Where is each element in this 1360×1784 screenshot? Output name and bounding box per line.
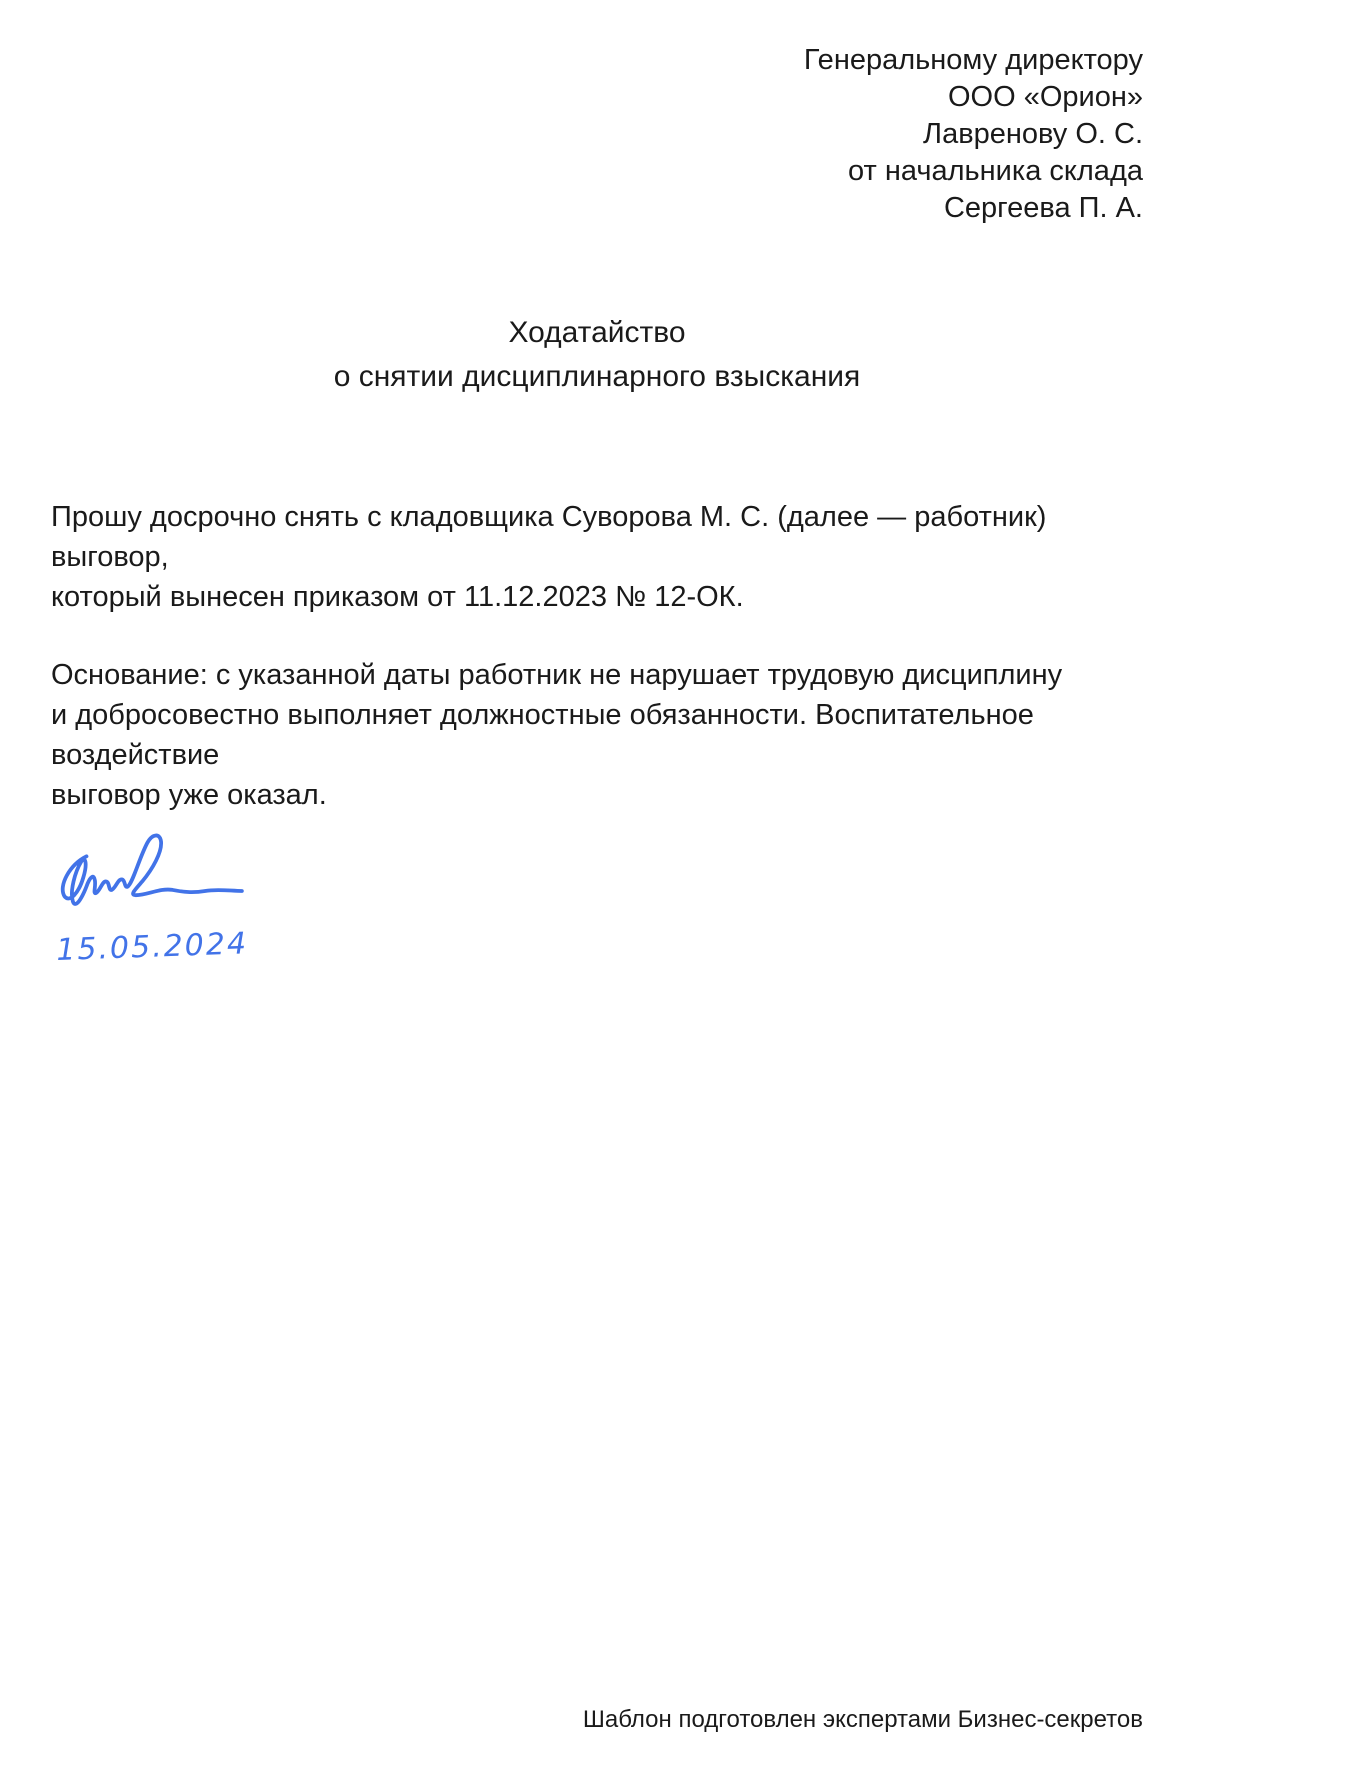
footer-note: Шаблон подготовлен экспертами Бизнес-сек… <box>51 1705 1143 1735</box>
body-paragraph-request: Прошу досрочно снять с кладовщика Суворо… <box>51 497 1143 617</box>
addressee-line: Генеральному директору <box>51 42 1143 79</box>
body-line: выговор уже оказал. <box>51 775 1143 815</box>
signature-block: 15.05.2024 <box>51 831 1143 971</box>
body-line: который вынесен приказом от 11.12.2023 №… <box>51 577 1143 617</box>
handwritten-date: 15.05.2024 <box>56 924 249 971</box>
addressee-line: от начальника склада <box>51 153 1143 190</box>
addressee-line: Лавренову О. С. <box>51 116 1143 153</box>
addressee-line: Сергеева П. А. <box>51 190 1143 227</box>
document-page: Генеральному директору ООО «Орион» Лавре… <box>0 0 1360 1784</box>
handwritten-signature-icon <box>55 831 265 931</box>
addressee-block: Генеральному директору ООО «Орион» Лавре… <box>51 42 1143 227</box>
addressee-line: ООО «Орион» <box>51 79 1143 116</box>
body-line: Основание: с указанной даты работник не … <box>51 655 1143 695</box>
page-title-line-2: о снятии дисциплинарного взыскания <box>51 355 1143 399</box>
page-title: Ходатайство о снятии дисциплинарного взы… <box>51 311 1143 399</box>
body-line: и добросовестно выполняет должностные об… <box>51 695 1143 775</box>
page-title-line-1: Ходатайство <box>51 311 1143 355</box>
body-paragraph-grounds: Основание: с указанной даты работник не … <box>51 655 1143 815</box>
body-line: Прошу досрочно снять с кладовщика Суворо… <box>51 497 1143 577</box>
